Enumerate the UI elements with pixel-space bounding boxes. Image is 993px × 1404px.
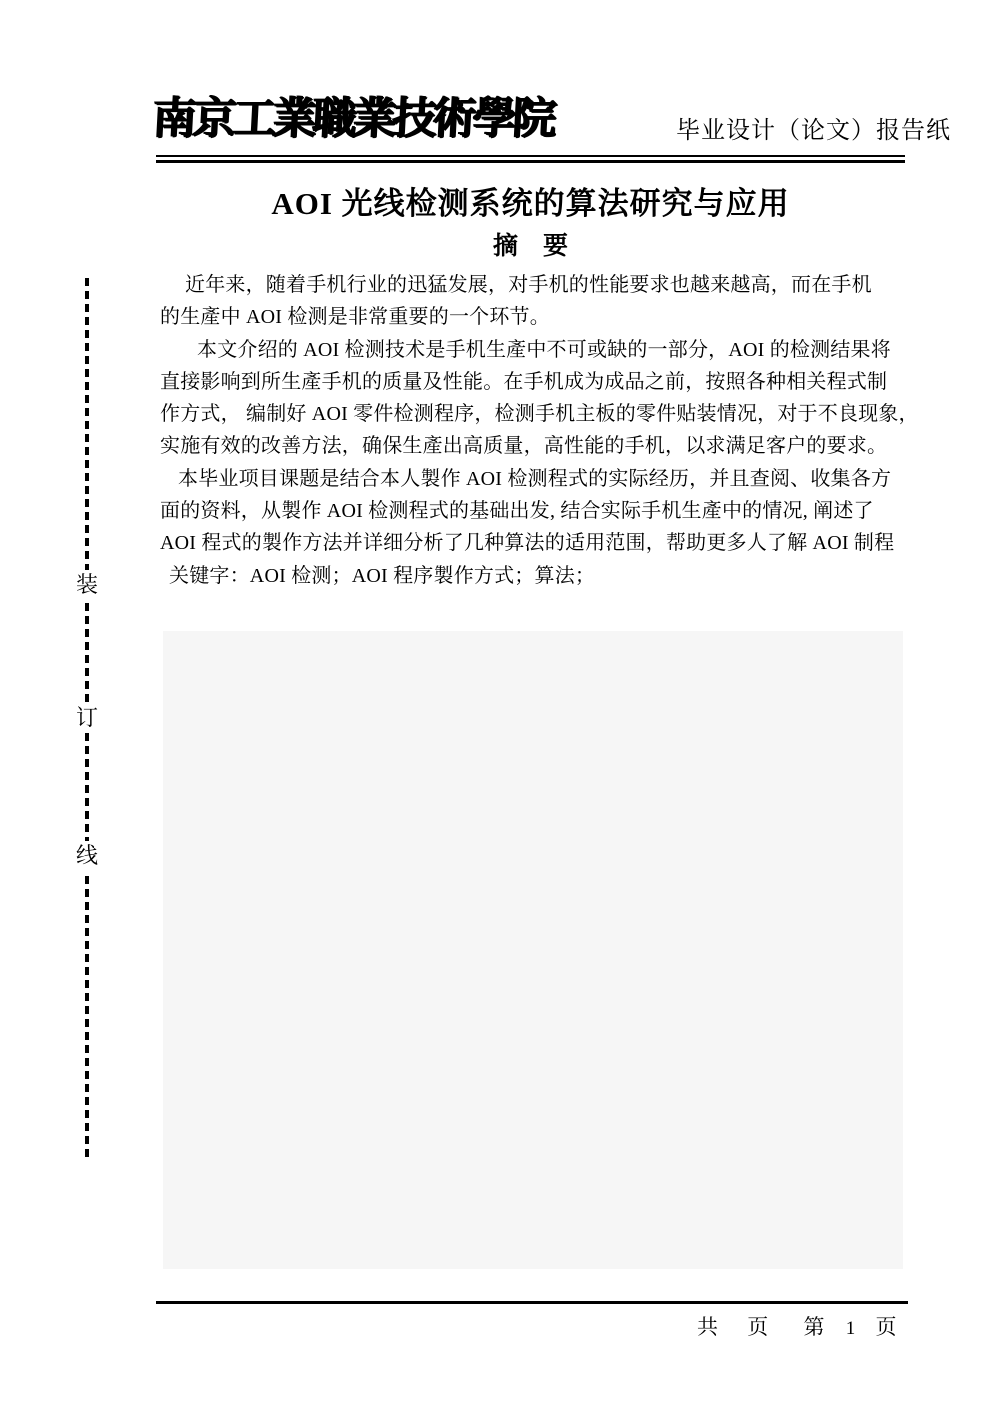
binding-char-xian: 线 bbox=[74, 841, 100, 871]
binding-char-zhuang: 装 bbox=[74, 570, 100, 600]
footer-total-unit: 页 bbox=[747, 1311, 768, 1341]
paper-type-label: 毕业设计（论文）报告纸 bbox=[676, 110, 951, 145]
body-line: 本文介绍的 AOI 检测技术是手机生產中不可或缺的一部分，AOI 的检测结果将 bbox=[160, 334, 908, 366]
report-paper-page: 南京工業職業技術學院 毕业设计（论文）报告纸 AOI 光线检测系统的算法研究与应… bbox=[0, 0, 993, 1404]
school-calligraphy-logo: 南京工業職業技術學院 bbox=[151, 82, 534, 146]
footer-page-number: 1 bbox=[846, 1318, 856, 1340]
body-line: 实施有效的改善方法，确保生產出高质量，高性能的手机，以求满足客户的要求。 bbox=[160, 430, 908, 462]
body-line: 的生產中 AOI 检测是非常重要的一个环节。 bbox=[160, 301, 908, 333]
page-footer: 共 页 第 1 页 bbox=[697, 1311, 897, 1341]
footer-page-unit: 页 bbox=[876, 1311, 897, 1341]
footer-total-label: 共 bbox=[697, 1311, 718, 1341]
body-line: AOI 程式的製作方法并详细分析了几种算法的适用范围，帮助更多人了解 AOI 制… bbox=[160, 527, 908, 559]
body-line: 作方式， 编制好 AOI 零件检测程序，检测手机主板的零件贴装情况，对于不良现象… bbox=[160, 398, 908, 430]
header-divider bbox=[156, 155, 905, 163]
thesis-title: AOI 光线检测系统的算法研究与应用 bbox=[156, 178, 905, 223]
image-placeholder bbox=[163, 631, 903, 1269]
footer-page-prefix: 第 bbox=[804, 1311, 825, 1341]
binding-char-ding: 订 bbox=[74, 703, 100, 733]
body-line: 近年来，随着手机行业的迅猛发展，对手机的性能要求也越来越高，而在手机 bbox=[160, 269, 908, 301]
body-line: 直接影响到所生產手机的质量及性能。在手机成为成品之前，按照各种相关程式制 bbox=[160, 366, 908, 398]
body-line: 本毕业项目课题是结合本人製作 AOI 检测程式的实际经历，并且查阅、收集各方 bbox=[160, 463, 908, 495]
abstract-body: 近年来，随着手机行业的迅猛发展，对手机的性能要求也越来越高，而在手机 的生產中 … bbox=[160, 269, 908, 592]
abstract-heading: 摘 要 bbox=[156, 226, 905, 262]
body-line: 面的资料，从製作 AOI 检测程式的基础出发, 结合实际手机生產中的情况, 阐述… bbox=[160, 495, 908, 527]
footer-divider bbox=[156, 1301, 908, 1304]
keywords-line: 关键字：AOI 检测；AOI 程序製作方式；算法； bbox=[160, 560, 908, 592]
